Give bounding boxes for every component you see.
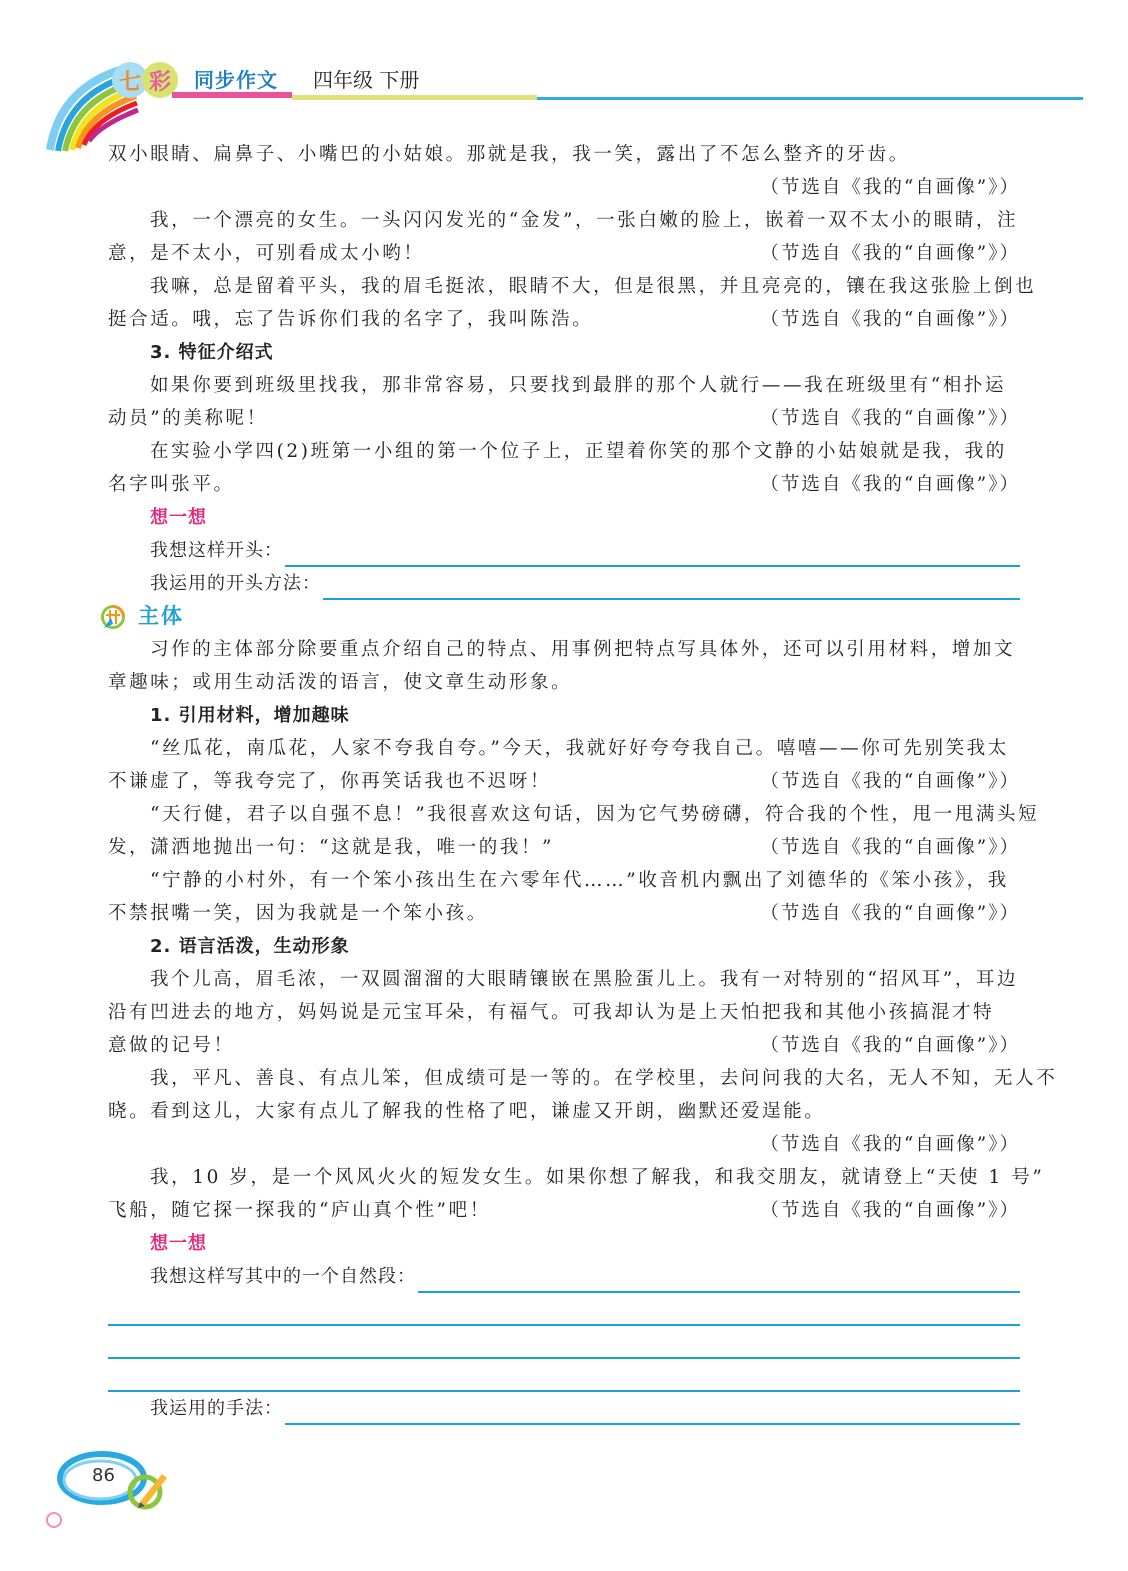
paragraph-text: 不谦虚了，等我夸完了，你再笑话我也不迟呀！	[108, 771, 551, 792]
page-header: 七 彩 同步作文 四年级 下册	[0, 0, 1128, 160]
paragraph-line: 我个儿高，眉毛浓，一双圆溜溜的大眼睛镶嵌在黑脸蛋儿上。我有一对特别的“招风耳”，…	[108, 963, 1020, 996]
paragraph-line: “宁静的小村外，有一个笨小孩出生在六零年代……”收音机内飘出了刘德华的《笨小孩》…	[108, 864, 1020, 897]
paragraph-text: 我，一个漂亮的女生。一头闪闪发光的“金发”，一张白嫩的脸上，嵌着一双不太小的眼睛…	[150, 210, 1018, 231]
paragraph-line: 我，一个漂亮的女生。一头闪闪发光的“金发”，一张白嫩的脸上，嵌着一双不太小的眼睛…	[108, 204, 1020, 237]
source-citation: （节选自《我的“自画像”》）	[760, 765, 1020, 798]
think-heading: 想一想	[108, 501, 1020, 534]
paragraph-text: 意做的记号！	[108, 1035, 235, 1056]
paragraph-answer-row: 我想这样写其中的一个自然段：	[108, 1260, 1020, 1293]
paragraph-text: 我，10 岁，是一个风风火火的短发女生。如果你想了解我，和我交朋友，就请登上“天…	[150, 1167, 1044, 1188]
paragraph-line: 晓。看到这儿，大家有点儿了解我的性格了吧，谦虚又开朗，幽默还爱逞能。	[108, 1095, 1020, 1128]
paragraph-line: 发，潇洒地抛出一句：“这就是我，唯一的我！”（节选自《我的“自画像”》）	[108, 831, 1020, 864]
paragraph-prompt: 我想这样写其中的一个自然段：	[150, 1260, 416, 1293]
paragraph-line: 沿有凹进去的地方，妈妈说是元宝耳朵，有福气。可我却认为是上天怕把我和其他小孩搞混…	[108, 996, 1020, 1029]
source-citation: （节选自《我的“自画像”》）	[760, 303, 1020, 336]
source-citation: （节选自《我的“自画像”》）	[760, 468, 1020, 501]
paragraph-line: 名字叫张平。（节选自《我的“自画像”》）	[108, 468, 1020, 501]
paragraph-text: 意，是不太小，可别看成太小哟！	[108, 243, 425, 264]
paragraph-text: 发，潇洒地抛出一句：“这就是我，唯一的我！”	[108, 837, 554, 858]
paragraph-text: 名字叫张平。	[108, 474, 235, 495]
header-rule	[537, 97, 1083, 100]
source-citation: （节选自《我的“自画像”》）	[760, 1029, 1020, 1062]
paragraph-text: “丝瓜花，南瓜花，人家不夸我自夸。”今天，我就好好夸夸我自己。嘻嘻——你可先别笑…	[150, 738, 1009, 759]
subheading-feature-intro: 3. 特征介绍式	[108, 336, 1020, 369]
paragraph-line: 双小眼睛、扁鼻子、小嘴巴的小姑娘。那就是我，我一笑，露出了不怎么整齐的牙齿。	[108, 138, 1020, 171]
source-citation: （节选自《我的“自画像”》）	[108, 171, 1020, 204]
paragraph-line: 飞船，随它探一探我的“庐山真个性”吧！（节选自《我的“自画像”》）	[108, 1194, 1020, 1227]
opening-method-prompt: 我运用的开头方法：	[150, 567, 321, 600]
paragraph-text: 双小眼睛、扁鼻子、小嘴巴的小姑娘。那就是我，我一笑，露出了不怎么整齐的牙齿。	[108, 144, 910, 165]
section-heading-body: 主体	[100, 600, 1020, 633]
paragraph-text: 沿有凹进去的地方，妈妈说是元宝耳朵，有福气。可我却认为是上天怕把我和其他小孩搞混…	[108, 1002, 994, 1023]
source-citation: （节选自《我的“自画像”》）	[760, 831, 1020, 864]
paragraph-text: 我个儿高，眉毛浓，一双圆溜溜的大眼睛镶嵌在黑脸蛋儿上。我有一对特别的“招风耳”，…	[150, 969, 1018, 990]
source-citation: （节选自《我的“自画像”》）	[108, 1128, 1020, 1161]
paragraph-text: 不禁抿嘴一笑，因为我就是一个笨小孩。	[108, 903, 488, 924]
answer-line[interactable]	[108, 1326, 1020, 1359]
paragraph-text: 晓。看到这儿，大家有点儿了解我的性格了吧，谦虚又开朗，幽默还爱逞能。	[108, 1101, 825, 1122]
paragraph-line: 挺合适。哦，忘了告诉你们我的名字了，我叫陈浩。（节选自《我的“自画像”》）	[108, 303, 1020, 336]
paragraph-text: 如果你要到班级里找我，那非常容易，只要找到最胖的那个人就行——我在班级里有“相扑…	[150, 375, 1006, 396]
paragraph-line: 习作的主体部分除要重点介绍自己的特点、用事例把特点写具体外，还可以引用材料，增加…	[108, 633, 1020, 666]
paragraph-answer-field[interactable]	[418, 1267, 1020, 1293]
section-title: 主体	[138, 600, 184, 633]
paragraph-line: 我嘛，总是留着平头，我的眉毛挺浓，眼睛不大，但是很黑，并且亮亮的，镶在我这张脸上…	[108, 270, 1020, 303]
header-bar-pink	[172, 92, 292, 98]
answer-line[interactable]	[108, 1359, 1020, 1392]
technique-prompt: 我运用的手法：	[150, 1392, 283, 1425]
paragraph-line: 不禁抿嘴一笑，因为我就是一个笨小孩。（节选自《我的“自画像”》）	[108, 897, 1020, 930]
paragraph-line: 我，平凡、善良、有点儿笨，但成绩可是一等的。在学校里，去问问我的大名，无人不知，…	[108, 1062, 1020, 1095]
technique-answer-row: 我运用的手法：	[108, 1392, 1020, 1425]
paragraph-text: 挺合适。哦，忘了告诉你们我的名字了，我叫陈浩。	[108, 309, 593, 330]
source-citation: （节选自《我的“自画像”》）	[760, 1194, 1020, 1227]
paragraph-line: 我，10 岁，是一个风风火火的短发女生。如果你想了解我，和我交朋友，就请登上“天…	[108, 1161, 1020, 1194]
grade-label: 四年级 下册	[313, 64, 419, 93]
paragraph-line: “天行健，君子以自强不息！”我很喜欢这句话，因为它气势磅礴，符合我的个性，甩一甩…	[108, 798, 1020, 831]
source-citation: （节选自《我的“自画像”》）	[760, 402, 1020, 435]
paragraph-line: 如果你要到班级里找我，那非常容易，只要找到最胖的那个人就行——我在班级里有“相扑…	[108, 369, 1020, 402]
paragraph-line: 在实验小学四(2)班第一小组的第一个位子上，正望着你笑的那个文静的小姑娘就是我，…	[108, 435, 1020, 468]
opening-prompt: 我想这样开头：	[150, 534, 283, 567]
page-content: 双小眼睛、扁鼻子、小嘴巴的小姑娘。那就是我，我一笑，露出了不怎么整齐的牙齿。 （…	[108, 138, 1020, 1425]
page-number: 86	[92, 1465, 115, 1486]
paragraph-line: 意做的记号！（节选自《我的“自画像”》）	[108, 1029, 1020, 1062]
paragraph-line: 不谦虚了，等我夸完了，你再笑话我也不迟呀！（节选自《我的“自画像”》）	[108, 765, 1020, 798]
think-heading: 想一想	[108, 1227, 1020, 1260]
book-title: 同步作文	[194, 64, 278, 93]
subheading-quote-material: 1. 引用材料，增加趣味	[108, 699, 1020, 732]
section-compass-icon	[100, 604, 126, 630]
paragraph-line: 章趣味；或用生动活泼的语言，使文章生动形象。	[108, 666, 1020, 699]
header-bar-yellow	[292, 95, 537, 100]
paragraph-text: 我嘛，总是留着平头，我的眉毛挺浓，眼睛不大，但是很黑，并且亮亮的，镶在我这张脸上…	[150, 276, 1036, 297]
paragraph-text: 动员”的美称呢！	[108, 408, 268, 429]
answer-line[interactable]	[108, 1293, 1020, 1326]
source-citation: （节选自《我的“自画像”》）	[760, 237, 1020, 270]
opening-method-field[interactable]	[323, 574, 1020, 600]
paragraph-line: “丝瓜花，南瓜花，人家不夸我自夸。”今天，我就好好夸夸我自己。嘻嘻——你可先别笑…	[108, 732, 1020, 765]
paragraph-text: “宁静的小村外，有一个笨小孩出生在六零年代……”收音机内飘出了刘德华的《笨小孩》…	[150, 870, 1009, 891]
source-citation: （节选自《我的“自画像”》）	[760, 897, 1020, 930]
paragraph-text: 习作的主体部分除要重点介绍自己的特点、用事例把特点写具体外，还可以引用材料，增加…	[150, 639, 1015, 660]
paragraph-text: 飞船，随它探一探我的“庐山真个性”吧！	[108, 1200, 491, 1221]
paragraph-line: 意，是不太小，可别看成太小哟！（节选自《我的“自画像”》）	[108, 237, 1020, 270]
paragraph-text: 我，平凡、善良、有点儿笨，但成绩可是一等的。在学校里，去问问我的大名，无人不知，…	[150, 1068, 1057, 1089]
paragraph-text: “天行健，君子以自强不息！”我很喜欢这句话，因为它气势磅礴，符合我的个性，甩一甩…	[150, 804, 1039, 825]
technique-answer-field[interactable]	[285, 1399, 1020, 1425]
opening-answer-field[interactable]	[285, 541, 1020, 567]
opening-method-row: 我运用的开头方法：	[108, 567, 1020, 600]
opening-answer-row: 我想这样开头：	[108, 534, 1020, 567]
subheading-lively-language: 2. 语言活泼，生动形象	[108, 930, 1020, 963]
paragraph-line: 动员”的美称呢！（节选自《我的“自画像”》）	[108, 402, 1020, 435]
paragraph-text: 在实验小学四(2)班第一小组的第一个位子上，正望着你笑的那个文静的小姑娘就是我，…	[150, 441, 1007, 462]
paragraph-text: 章趣味；或用生动活泼的语言，使文章生动形象。	[108, 672, 572, 693]
